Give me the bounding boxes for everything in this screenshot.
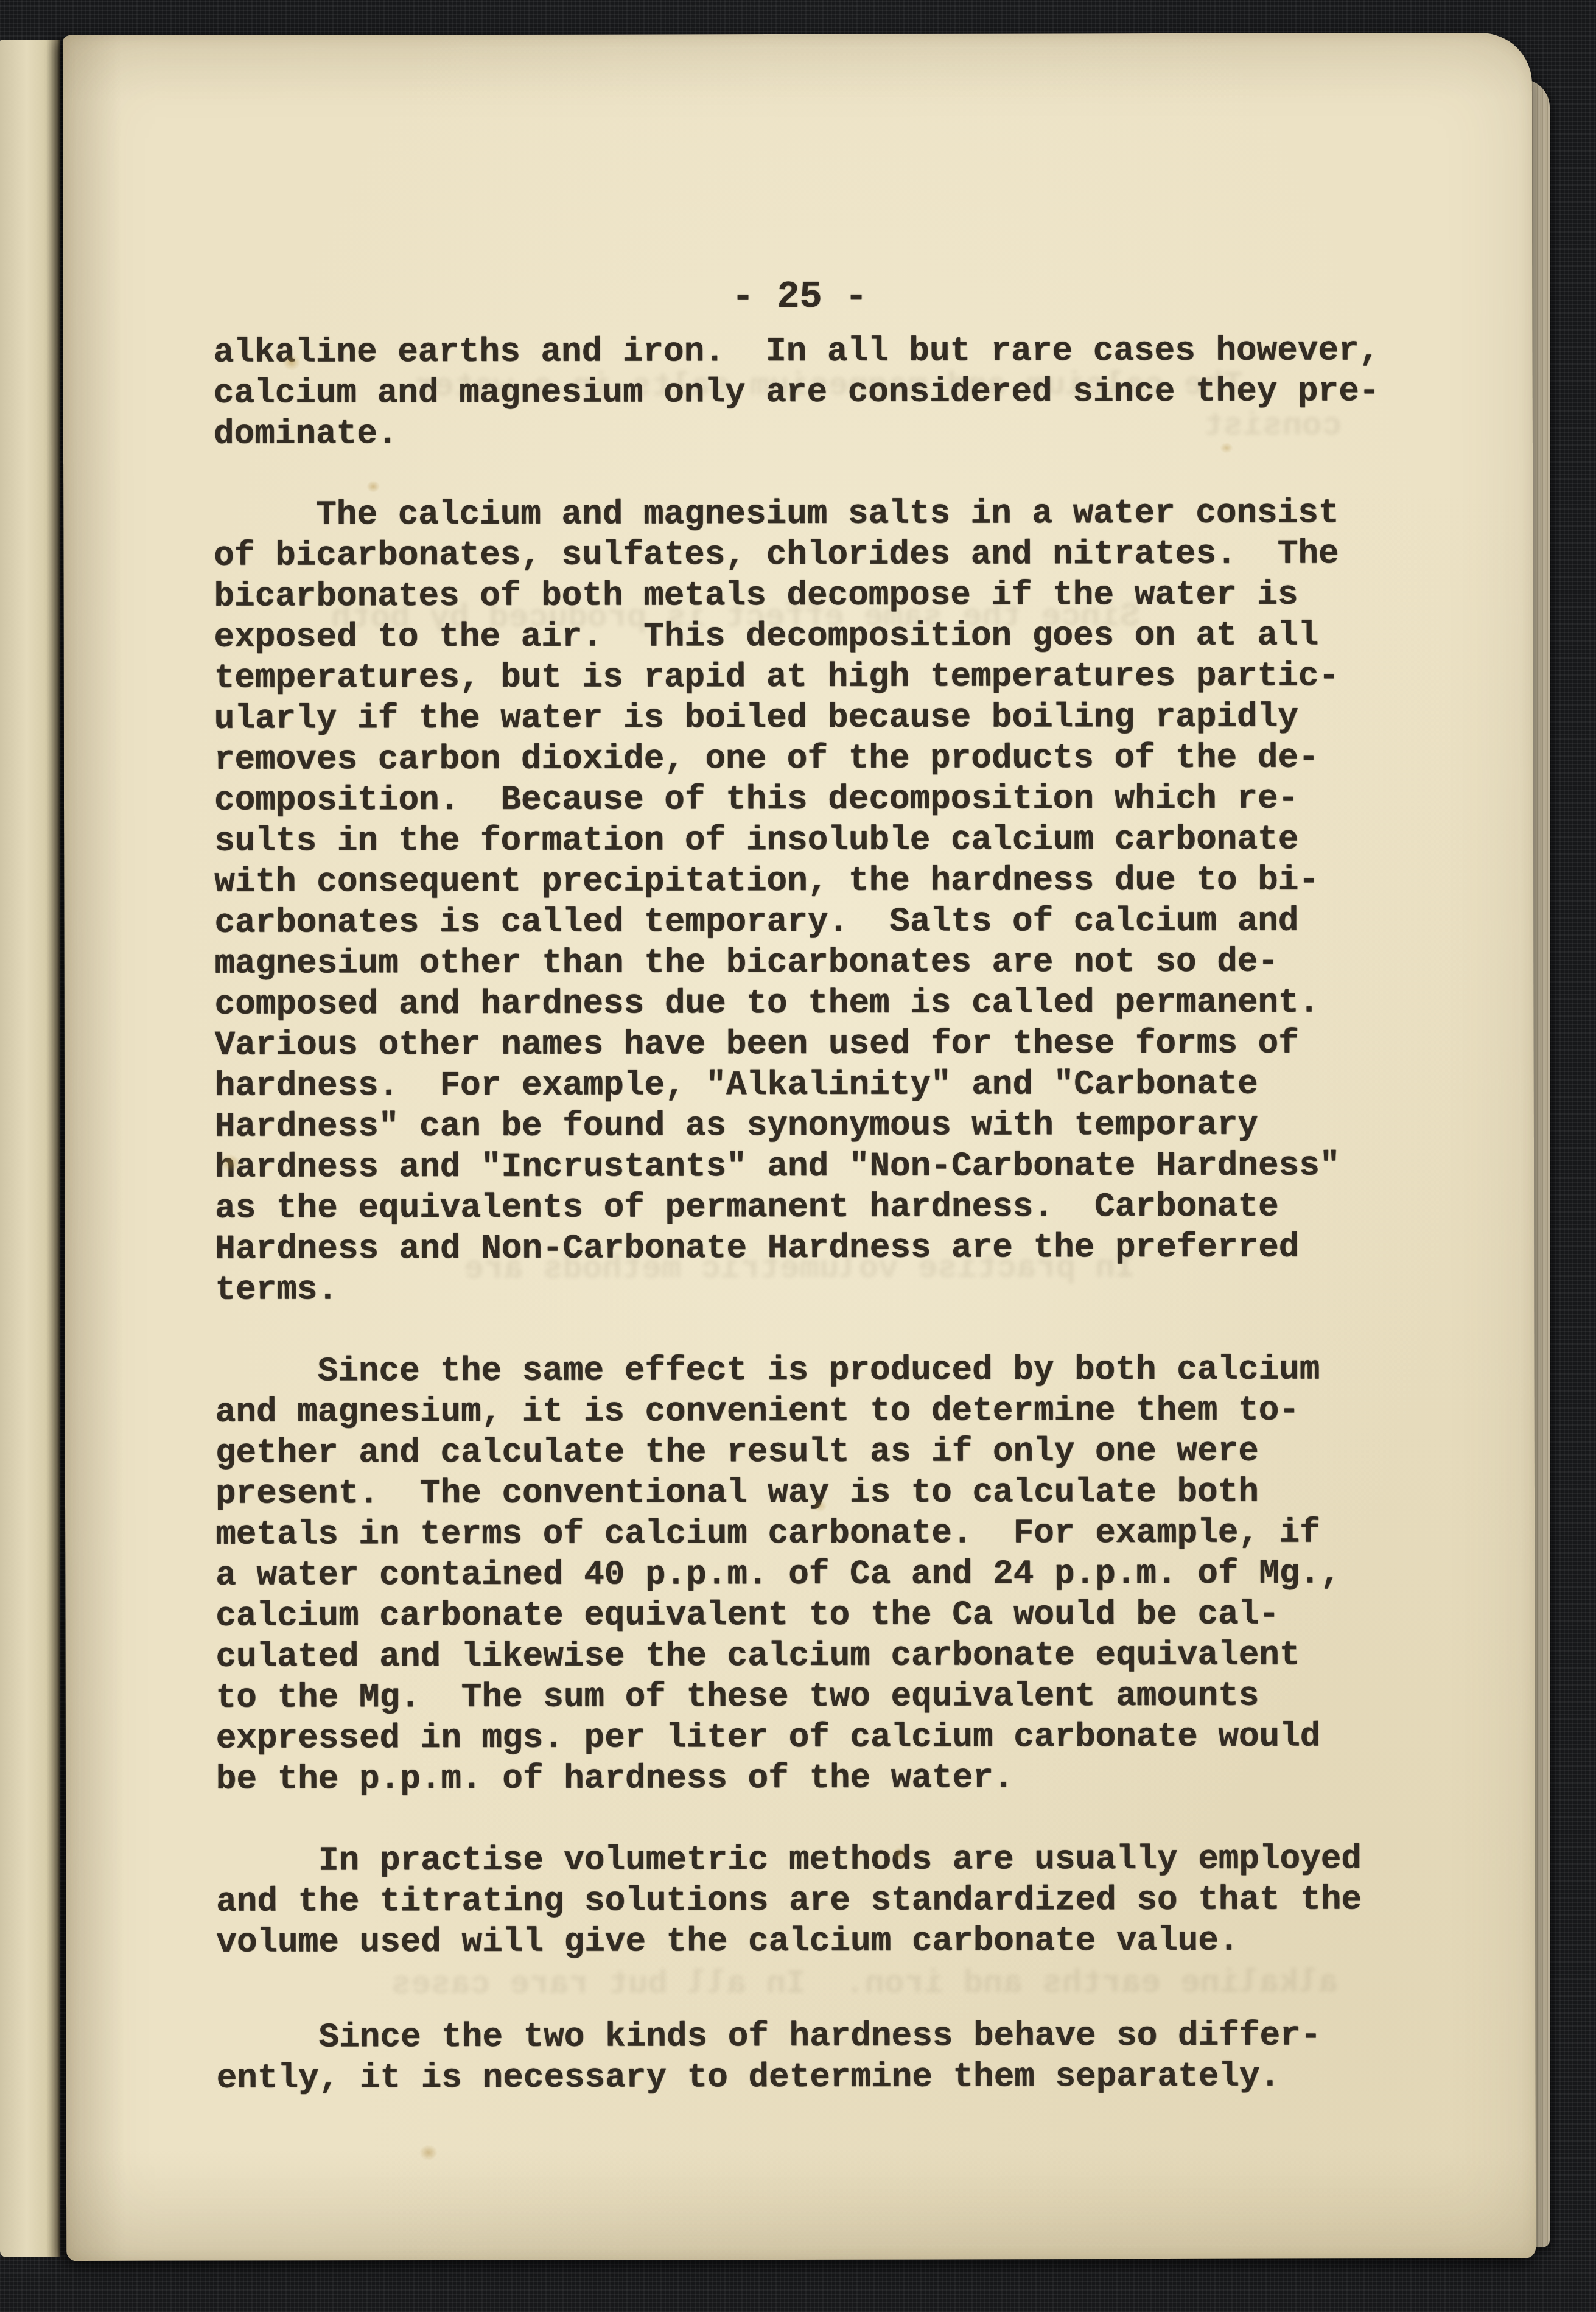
page-number: - 25 - <box>666 278 934 317</box>
paragraph-3: Since the same effect is produced by bot… <box>215 1349 1440 1800</box>
paragraph-4: In practise volumetric methods are usual… <box>216 1838 1440 1963</box>
underlying-page-edge <box>0 40 60 2257</box>
photo-background: { "meta": { "kind": "scanned typewritten… <box>0 0 1596 2312</box>
paper-stain <box>419 2145 438 2160</box>
paragraph-5: Since the two kinds of hardness behave s… <box>216 2015 1440 2099</box>
paper-stain <box>366 480 380 492</box>
paragraph-2: The calcium and magnesium salts in a wat… <box>214 492 1438 1311</box>
bleed-through-text: alkaline earths and iron. In all but rar… <box>267 1963 1338 2008</box>
paragraph-1: alkaline earths and iron. In all but rar… <box>214 330 1437 455</box>
document-page: - 25 - The calcium and magnesium salts i… <box>63 33 1536 2261</box>
